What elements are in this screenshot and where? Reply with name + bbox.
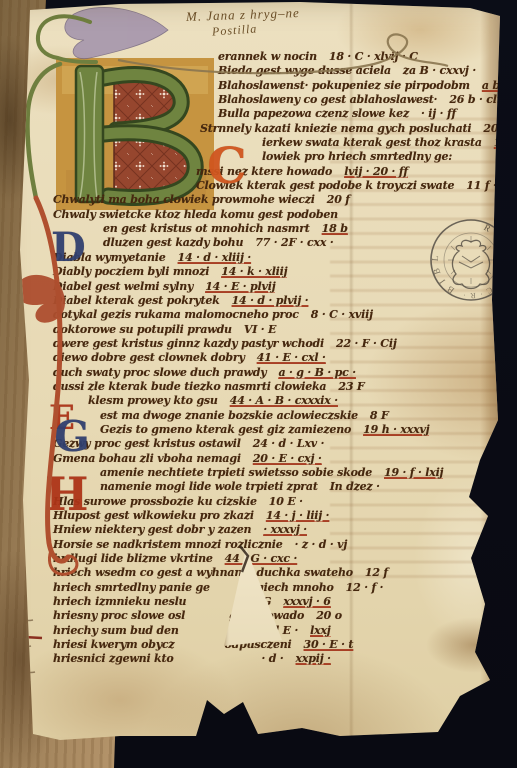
entry-text: en gest kristus ot mnohich nasmrt xyxy=(103,222,310,235)
text-column: erannek w nocin18 · C · xlvij · C Bieda … xyxy=(53,50,495,667)
index-line: lowiek pro hriech smrtedlny ge: xyxy=(262,150,495,164)
folio-reference: 12 · f · xyxy=(346,581,384,594)
folio-reference: VI · E xyxy=(244,323,276,336)
entry-text: hriech izmnieku neslu xyxy=(53,595,186,608)
index-line: Blahoslaweny co gest ablahoslawest·26 b … xyxy=(218,93,495,107)
entry-text: Horsie se nadkristem mnozi rozlicznie xyxy=(53,538,283,551)
entry-text: Blahoslaweny co gest ablahoslawest· xyxy=(218,93,437,106)
folio-reference: 14 · d · plvij · xyxy=(232,294,309,307)
index-line: Horsie se nadkristem mnozi rozlicznie· z… xyxy=(53,538,495,552)
entry-text: namenie mogi lide wole trpieti zprat xyxy=(100,480,318,493)
folio-reference: 26 b · cliiij · xyxy=(449,93,517,106)
folio-reference: 24 · d · Lxv · xyxy=(253,437,325,450)
manuscript-page: M. Jana z hryg–ne Postilla B xyxy=(0,0,517,768)
index-line: ierkew swata kterak gest thoz krasta11 c… xyxy=(262,136,495,150)
folio-reference: 10 E · xyxy=(269,495,303,508)
entry-text: Blahoslawenst· pokupeniez sie pirpodobm xyxy=(218,79,470,92)
folio-reference: 8 · C · xviij xyxy=(311,308,373,321)
folio-reference: · ij · ff xyxy=(421,107,456,120)
coloured-initial: C xyxy=(207,141,247,191)
index-line: est ma dwoge znanie bozskie aclowieczski… xyxy=(100,409,495,423)
entry-text: lowiek pro hriech smrtedlny ge: xyxy=(262,150,452,163)
index-line: Hniew niektery gest dobr y zazen· xxxvj … xyxy=(53,523,495,537)
index-line: Gmena bohau zli vboha nemagi20 · E · cxj… xyxy=(53,452,495,466)
folio-reference: lvij · 20 · ff xyxy=(344,165,408,178)
index-line: hriech wsedm co gest a wyhnanie duchka s… xyxy=(53,566,495,580)
index-line: erannek w nocin18 · C · xlvij · C xyxy=(218,50,495,64)
folio-reference: 23 F xyxy=(338,380,364,393)
index-line: doktorowe su potupili prawduVI · E xyxy=(53,323,495,337)
folio-reference: 44 · A · B · cxxxix · xyxy=(230,394,338,407)
index-line: Blahoslawenst· pokupeniez sie pirpodobma… xyxy=(218,79,495,93)
entry-text: erannek w nocin xyxy=(218,50,317,63)
entry-text: Strnnely kazati kniezie nema gych posluc… xyxy=(200,122,471,135)
folio-reference: 8 F xyxy=(370,409,389,422)
folio-reference: 19 · f · lxij xyxy=(384,466,443,479)
folio-reference: 18 · C · xlvij · C xyxy=(329,50,418,63)
library-stamp-art: R E G B I B L C · R · xyxy=(426,214,516,306)
index-line: hrdlugi lide blizme vkrtine44 · G · cxc … xyxy=(53,552,495,566)
entry-text: hriechy sum bud den xyxy=(53,624,179,637)
folio-reference: 22 · F · Cij xyxy=(336,337,397,350)
folio-reference: 14 · j · liij · xyxy=(266,509,329,522)
folio-reference: a b · xxxj xyxy=(482,79,517,92)
entry-text: Chwaly swietcke ktoz hleda komu gest pod… xyxy=(53,208,338,221)
entry-text: dwere gest kristus ginnz kazdy pastyr wc… xyxy=(53,337,324,350)
entry-text: hriech wsedm co gest a wyhnanie duchka s… xyxy=(53,566,353,579)
manuscript-photo: M. Jana z hryg–ne Postilla B xyxy=(0,0,517,768)
entry-text: klesm prowey kto gsu xyxy=(88,394,218,407)
entry-text: Hniew niektery gest dobr y zazen xyxy=(53,523,251,536)
folio-reference: 20 f xyxy=(483,122,506,135)
entry-text: hriesi kwerym obycz xyxy=(53,638,174,651)
entry-text-after-tear: · d · xyxy=(262,652,284,665)
entry-text: dluzen gest kazdy bohu xyxy=(103,236,243,249)
index-line: Hlas surowe prossbozie ku cizskie10 E · xyxy=(53,495,495,509)
index-line: dwere gest kristus ginnz kazdy pastyr wc… xyxy=(53,337,495,351)
index-line: Chwalyti ma boha clowiek prowmohe wieczi… xyxy=(53,193,495,207)
folio-reference: 20 · E · cxj · xyxy=(253,452,322,465)
entry-text: est ma dwoge znanie bozskie aclowieczski… xyxy=(100,409,358,422)
folio-reference: 41 · E · cxl · xyxy=(257,351,326,364)
owner-inscription-line2: Postilla xyxy=(212,21,258,39)
entry-text: ierkew swata kterak gest thoz krasta xyxy=(262,136,482,149)
folio-reference: 44 · G · cxc · xyxy=(225,552,298,565)
entry-text: Diabel gest welmi sylny xyxy=(53,280,193,293)
coloured-initial: H xyxy=(45,471,88,517)
folio-reference: 14 · d · xliij · xyxy=(178,251,252,264)
entry-text: Gezis to gmeno kterak gest giz zamiezeno xyxy=(100,423,351,436)
entry-text: hriech smrtedlny panie ge xyxy=(53,581,210,594)
index-line: hriech smrtedlny panie gena giech mnoho1… xyxy=(53,581,495,595)
index-line: amenie nechtiete trpieti swietsso sobie … xyxy=(100,466,495,480)
entry-text: diewo dobre gest clownek dobry xyxy=(53,351,245,364)
coloured-initial: D xyxy=(51,228,86,268)
folio-reference: lxxj xyxy=(310,624,330,637)
entry-text: Chwalyti ma boha clowiek prowmohe wieczi xyxy=(53,193,315,206)
folio-reference: · xxxvj · xyxy=(263,523,307,536)
entry-text: amenie nechtiete trpieti swietsso sobie … xyxy=(100,466,372,479)
folio-reference: 14 · k · xliij xyxy=(221,265,287,278)
entry-text: hrdlugi lide blizme vkrtine xyxy=(53,552,213,565)
folio-reference: In dzez · xyxy=(330,480,380,493)
entry-text: dussi zle kterak bude tiezko nasmrti clo… xyxy=(53,380,326,393)
index-line: hriesnici zgewni kto· d ·xxpij · xyxy=(53,652,495,666)
index-line: klesm prowey kto gsu44 · A · B · cxxxix … xyxy=(88,394,495,408)
folio-reference: xxxvj · 6 xyxy=(283,595,330,608)
entry-text: dotykal gezis rukama malomocneho proc xyxy=(53,308,299,321)
folio-reference: 20 f xyxy=(327,193,350,206)
index-line: dussi zle kterak bude tiezko nasmrti clo… xyxy=(53,380,495,394)
folio-reference: 20 o xyxy=(316,609,342,622)
folio-reference: 19 h · xxxvj xyxy=(363,423,429,436)
folio-reference: a · g · B · pc · xyxy=(278,366,355,379)
entry-text: hriesny proc slowe osl xyxy=(53,609,185,622)
folio-reference: za B · cxxvj · xyxy=(403,64,476,77)
folio-reference: 11 c 18 s xyxy=(494,136,517,149)
entry-text: Diabel kterak gest pokrytek xyxy=(53,294,220,307)
folio-reference: xxpij · xyxy=(296,652,331,665)
index-line: Hlupost gest wlkowieku pro zkazi14 · j ·… xyxy=(53,509,495,523)
folio-reference: 11 f · chpp xyxy=(466,179,517,192)
index-line: hriech izmnieku neslu19 · Gxxxvj · 6 xyxy=(53,595,495,609)
index-line: Strnnely kazati kniezie nema gych posluc… xyxy=(200,122,495,136)
index-line: Bieda gest wyge dusse acielaza B · cxxvj… xyxy=(218,64,495,78)
index-line: dotykal gezis rukama malomocneho proc8 ·… xyxy=(53,308,495,322)
index-line: diewo dobre gest clownek dobry41 · E · c… xyxy=(53,351,495,365)
library-stamp: R E G B I B L C · R · xyxy=(426,214,516,306)
entry-text: duch swaty proc slowe duch prawdy xyxy=(53,366,266,379)
entry-text: Bieda gest wyge dusse aciela xyxy=(218,64,391,77)
index-line: Gezis to gmeno kterak gest giz zamiezeno… xyxy=(100,423,495,437)
folio-reference: 77 · 2F · cxx · xyxy=(255,236,333,249)
index-line: namenie mogi lide wole trpieti zpratIn d… xyxy=(100,480,495,494)
index-line: Gezwy proc gest kristus ostawil24 · d · … xyxy=(53,437,495,451)
folio-reference: · z · d · vj xyxy=(295,538,348,551)
entry-text: doktorowe su potupili prawdu xyxy=(53,323,232,336)
folio-reference: 14 · E · plvij xyxy=(205,280,275,293)
folio-reference: 18 b xyxy=(322,222,348,235)
folio-reference: 12 f xyxy=(365,566,388,579)
folio-reference: 30 · E · t xyxy=(304,638,354,651)
entry-text: Bulla papezowa czenz slowe kez xyxy=(218,107,409,120)
index-line: duch swaty proc slowe duch prawdya · g ·… xyxy=(53,366,495,380)
entry-text: hriesnici zgewni kto xyxy=(53,652,174,665)
coloured-initial: G xyxy=(54,416,90,458)
index-line: Bulla papezowa czenz slowe kez· ij · ff xyxy=(218,107,495,121)
